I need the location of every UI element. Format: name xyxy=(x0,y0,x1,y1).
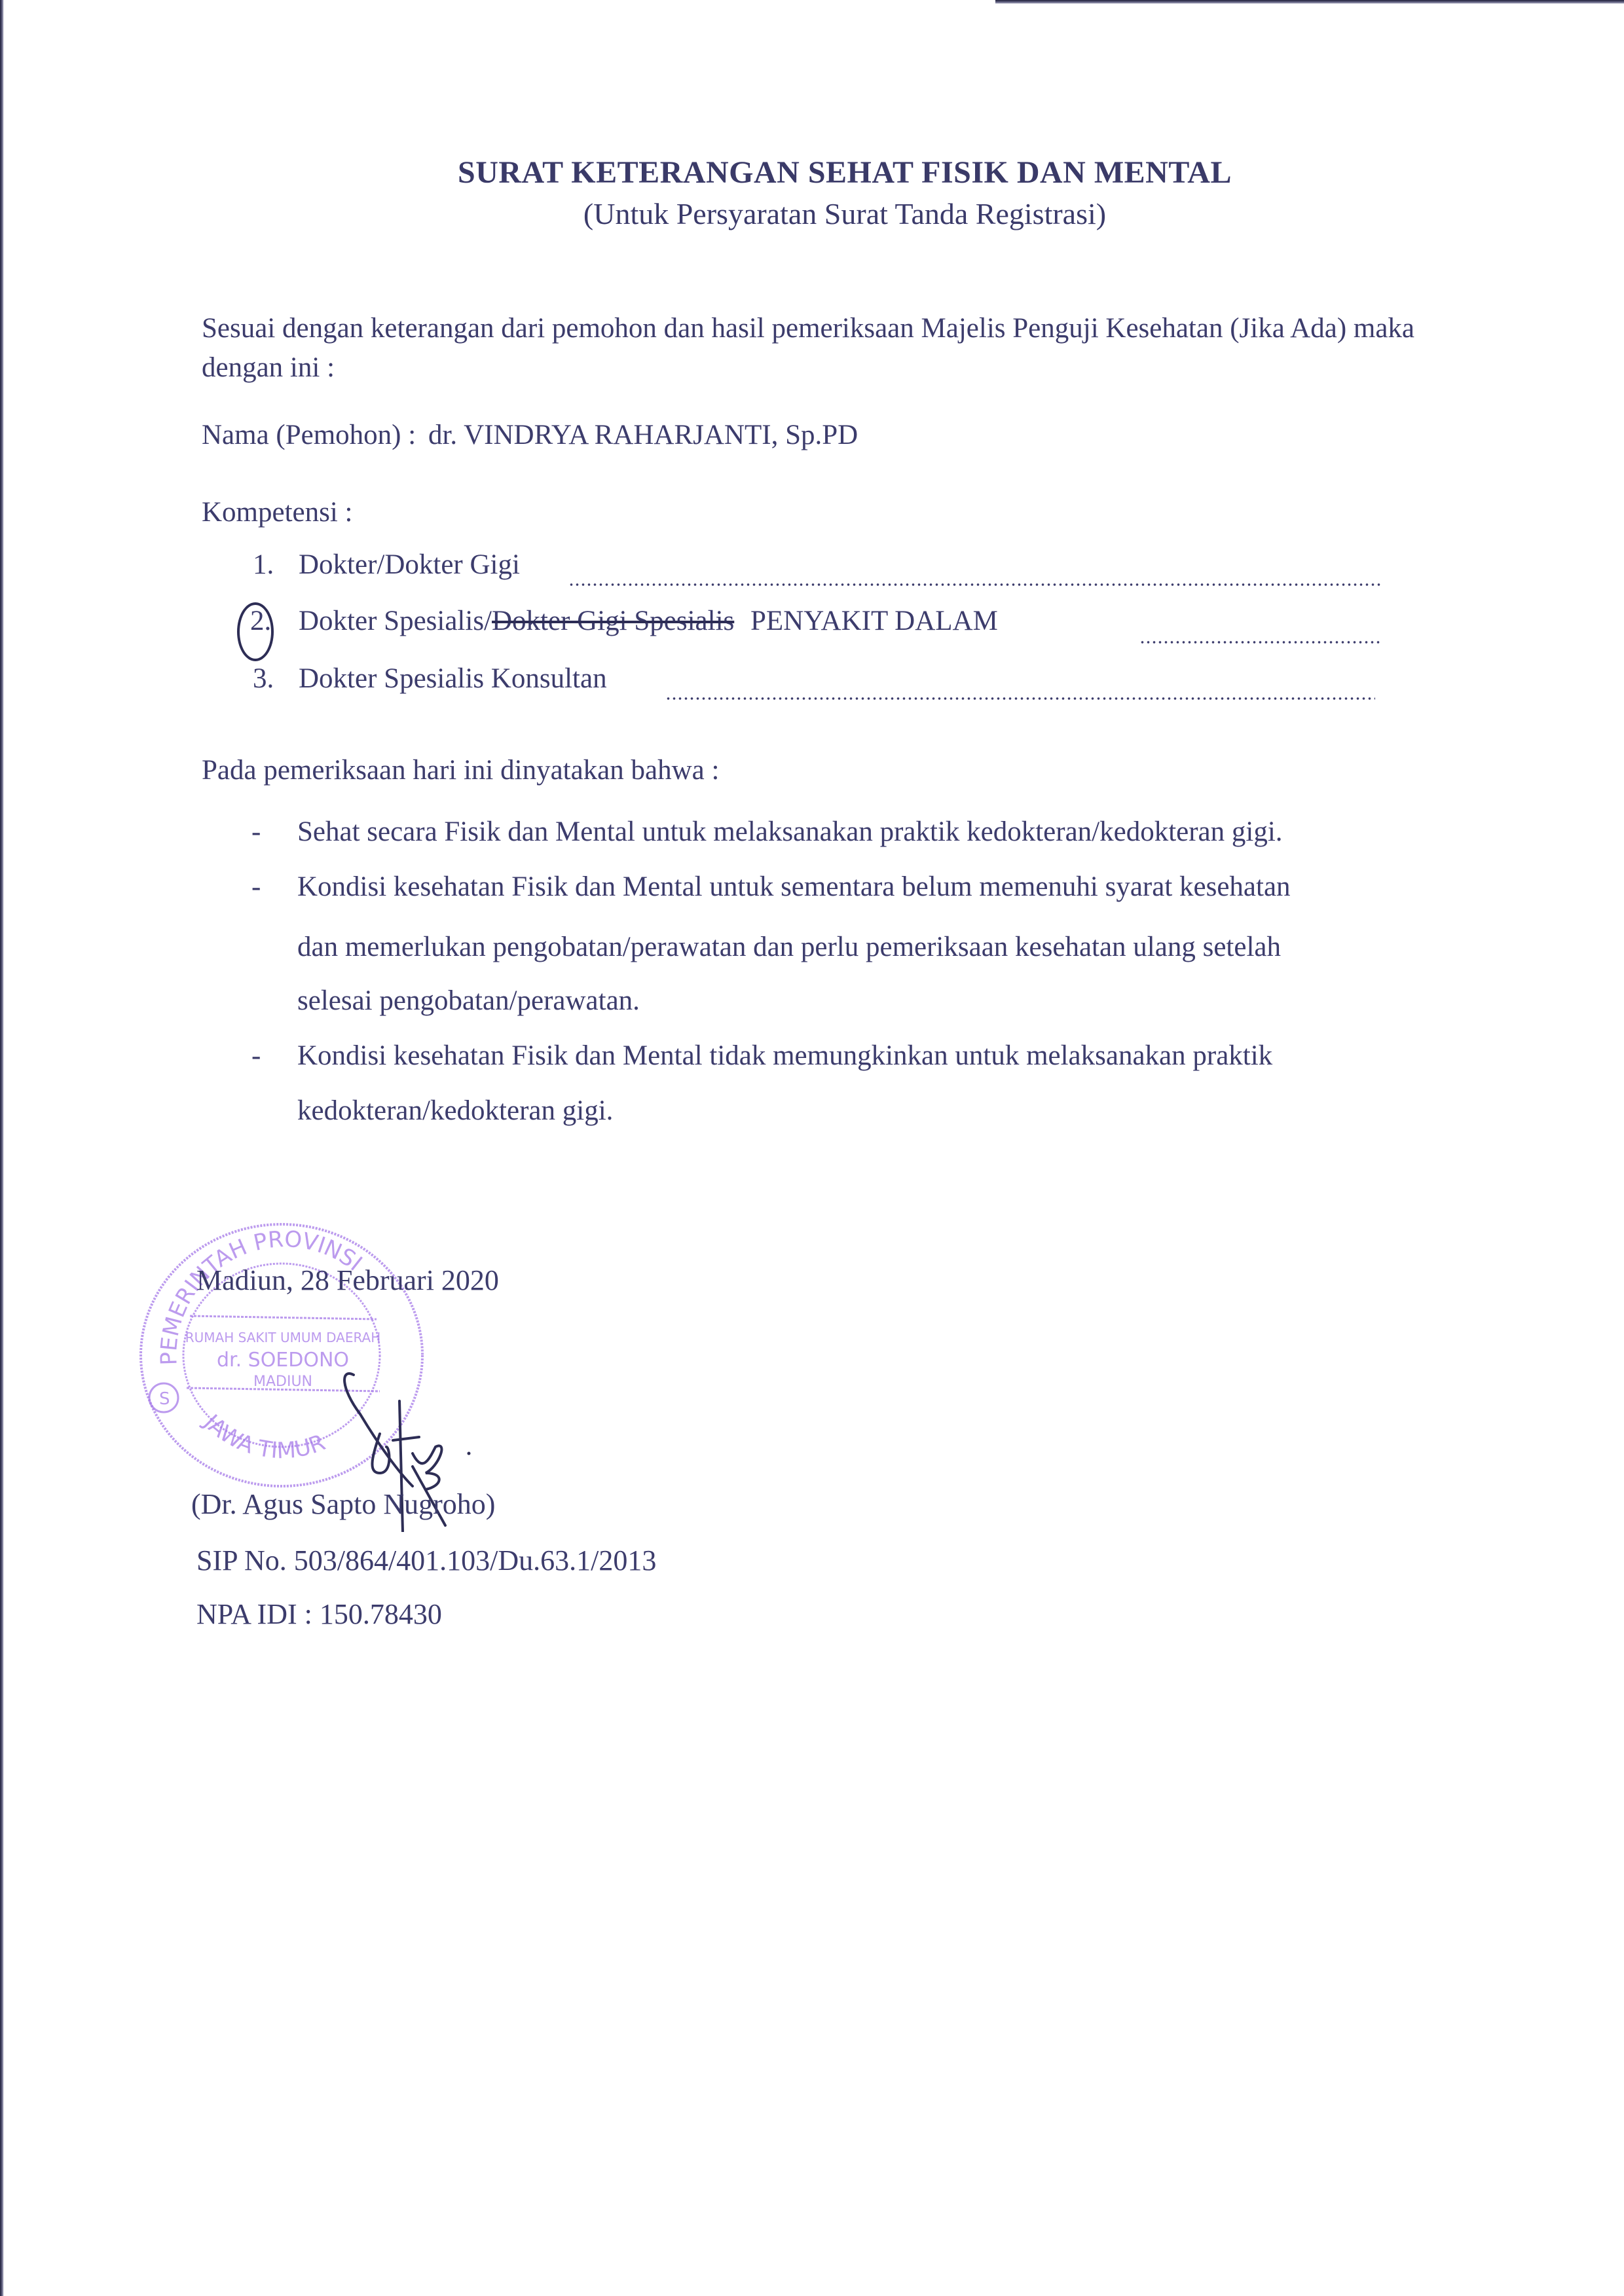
bullet-2-marker: - xyxy=(251,871,261,903)
svg-text:MADIUN: MADIUN xyxy=(253,1374,312,1390)
intro-paragraph: Sesuai dengan keterangan dari pemohon da… xyxy=(202,309,1472,388)
exam-label: Pada pemeriksaan hari ini dinyatakan bah… xyxy=(202,754,719,786)
competence-item-2-number: 2. xyxy=(250,605,271,637)
bullet-3-line-1: Kondisi kesehatan Fisik dan Mental tidak… xyxy=(297,1040,1272,1072)
competence-item-2-dotted-line xyxy=(1139,640,1380,644)
npa-idi-number: NPA IDI : 150.78430 xyxy=(196,1597,442,1631)
applicant-name: dr. VINDRYA RAHARJANTI, Sp.PD xyxy=(428,420,858,450)
scan-left-edge xyxy=(0,0,4,2296)
competence-label: Kompetensi : xyxy=(202,496,353,528)
bullet-3-line-2: kedokteran/kedokteran gigi. xyxy=(297,1095,613,1127)
scan-top-edge xyxy=(995,0,1624,4)
competence-item-3-label: Dokter Spesialis Konsultan xyxy=(299,663,607,695)
place-date: Madiun, 28 Februari 2020 xyxy=(196,1264,499,1297)
competence-item-2-label: Dokter Spesialis/Dokter Gigi Spesialis P… xyxy=(299,605,998,637)
competence-item-1-number: 1. xyxy=(253,549,274,581)
bullet-2-line-1: Kondisi kesehatan Fisik dan Mental untuk… xyxy=(297,871,1291,903)
document-title: SURAT KETERANGAN SEHAT FISIK DAN MENTAL xyxy=(0,155,1624,191)
competence-item-2-struck-text: Dokter Gigi Spesialis xyxy=(492,606,734,636)
document-subtitle: (Untuk Persyaratan Surat Tanda Registras… xyxy=(0,196,1624,231)
bullet-3-marker: - xyxy=(251,1040,261,1072)
bullet-2-line-2: dan memerlukan pengobatan/perawatan dan … xyxy=(297,931,1281,963)
competence-item-3-number: 3. xyxy=(253,663,274,695)
svg-text:JAWA TIMUR: JAWA TIMUR xyxy=(198,1409,329,1465)
svg-text:RUMAH SAKIT UMUM DAERAH: RUMAH SAKIT UMUM DAERAH xyxy=(185,1330,381,1345)
competence-item-3-dotted-line xyxy=(665,697,1375,701)
applicant-row: Nama (Pemohon) : dr. VINDRYA RAHARJANTI,… xyxy=(202,419,858,451)
signer-name: (Dr. Agus Sapto Nugroho) xyxy=(191,1487,495,1521)
svg-text:S: S xyxy=(159,1389,170,1409)
bullet-1-marker: - xyxy=(251,816,261,848)
bullet-1-line-1: Sehat secara Fisik dan Mental untuk mela… xyxy=(297,816,1283,848)
bullet-2-line-3: selesai pengobatan/perawatan. xyxy=(297,985,640,1017)
competence-item-2-specialty: PENYAKIT DALAM xyxy=(750,606,998,636)
applicant-label: Nama (Pemohon) : xyxy=(202,420,416,450)
competence-item-1-dotted-line xyxy=(568,583,1380,587)
competence-item-2-text: Dokter Spesialis/ xyxy=(299,606,492,636)
competence-item-1-label: Dokter/Dokter Gigi xyxy=(299,549,520,581)
sip-number: SIP No. 503/864/401.103/Du.63.1/2013 xyxy=(196,1544,656,1577)
